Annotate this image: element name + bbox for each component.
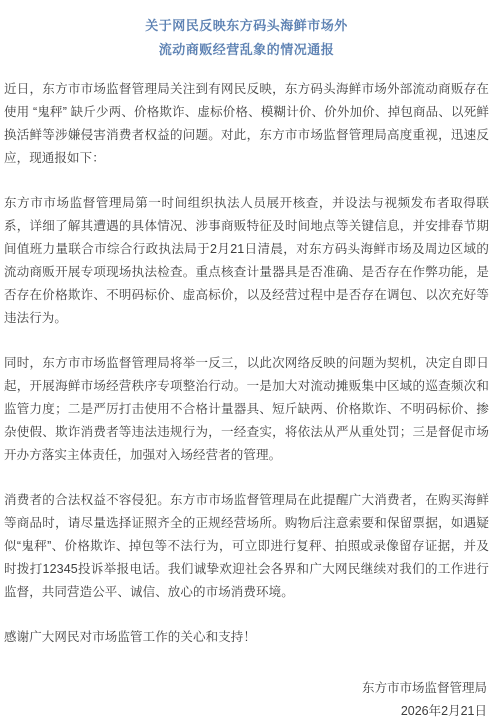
signature-date: 2026年2月21日 <box>4 700 487 723</box>
notice-title-line-1: 关于网民反映东方码头海鲜市场外 <box>4 14 489 38</box>
paragraph-inspection-actions: 东方市市场监督管理局第一时间组织执法人员展开核查，并设法与视频发布者取得联系，详… <box>4 192 489 330</box>
paragraph-special-rectification: 同时，东方市市场监督管理局将举一反三，以此次网络反映的问题为契机，决定自即日起，… <box>4 352 489 467</box>
notice-title: 关于网民反映东方码头海鲜市场外 流动商贩经营乱象的情况通报 <box>4 14 489 62</box>
notice-title-line-2: 流动商贩经营乱象的情况通报 <box>4 38 489 62</box>
paragraph-consumer-reminder: 消费者的合法权益不容侵犯。东方市市场监督管理局在此提醒广大消费者，在购买海鲜等商… <box>4 489 489 604</box>
paragraph-thanks: 感谢广大网民对市场监管工作的关心和支持！ <box>4 626 489 649</box>
notice-document: 关于网民反映东方码头海鲜市场外 流动商贩经营乱象的情况通报 近日，东方市市场监督… <box>0 0 495 724</box>
signature-agency: 东方市市场监督管理局 <box>4 677 487 700</box>
signature-block: 东方市市场监督管理局 2026年2月21日 <box>4 677 489 723</box>
paragraph-intro-complaints: 近日，东方市市场监督管理局关注到有网民反映，东方码头海鲜市场外部流动商贩存在使用… <box>4 78 489 170</box>
